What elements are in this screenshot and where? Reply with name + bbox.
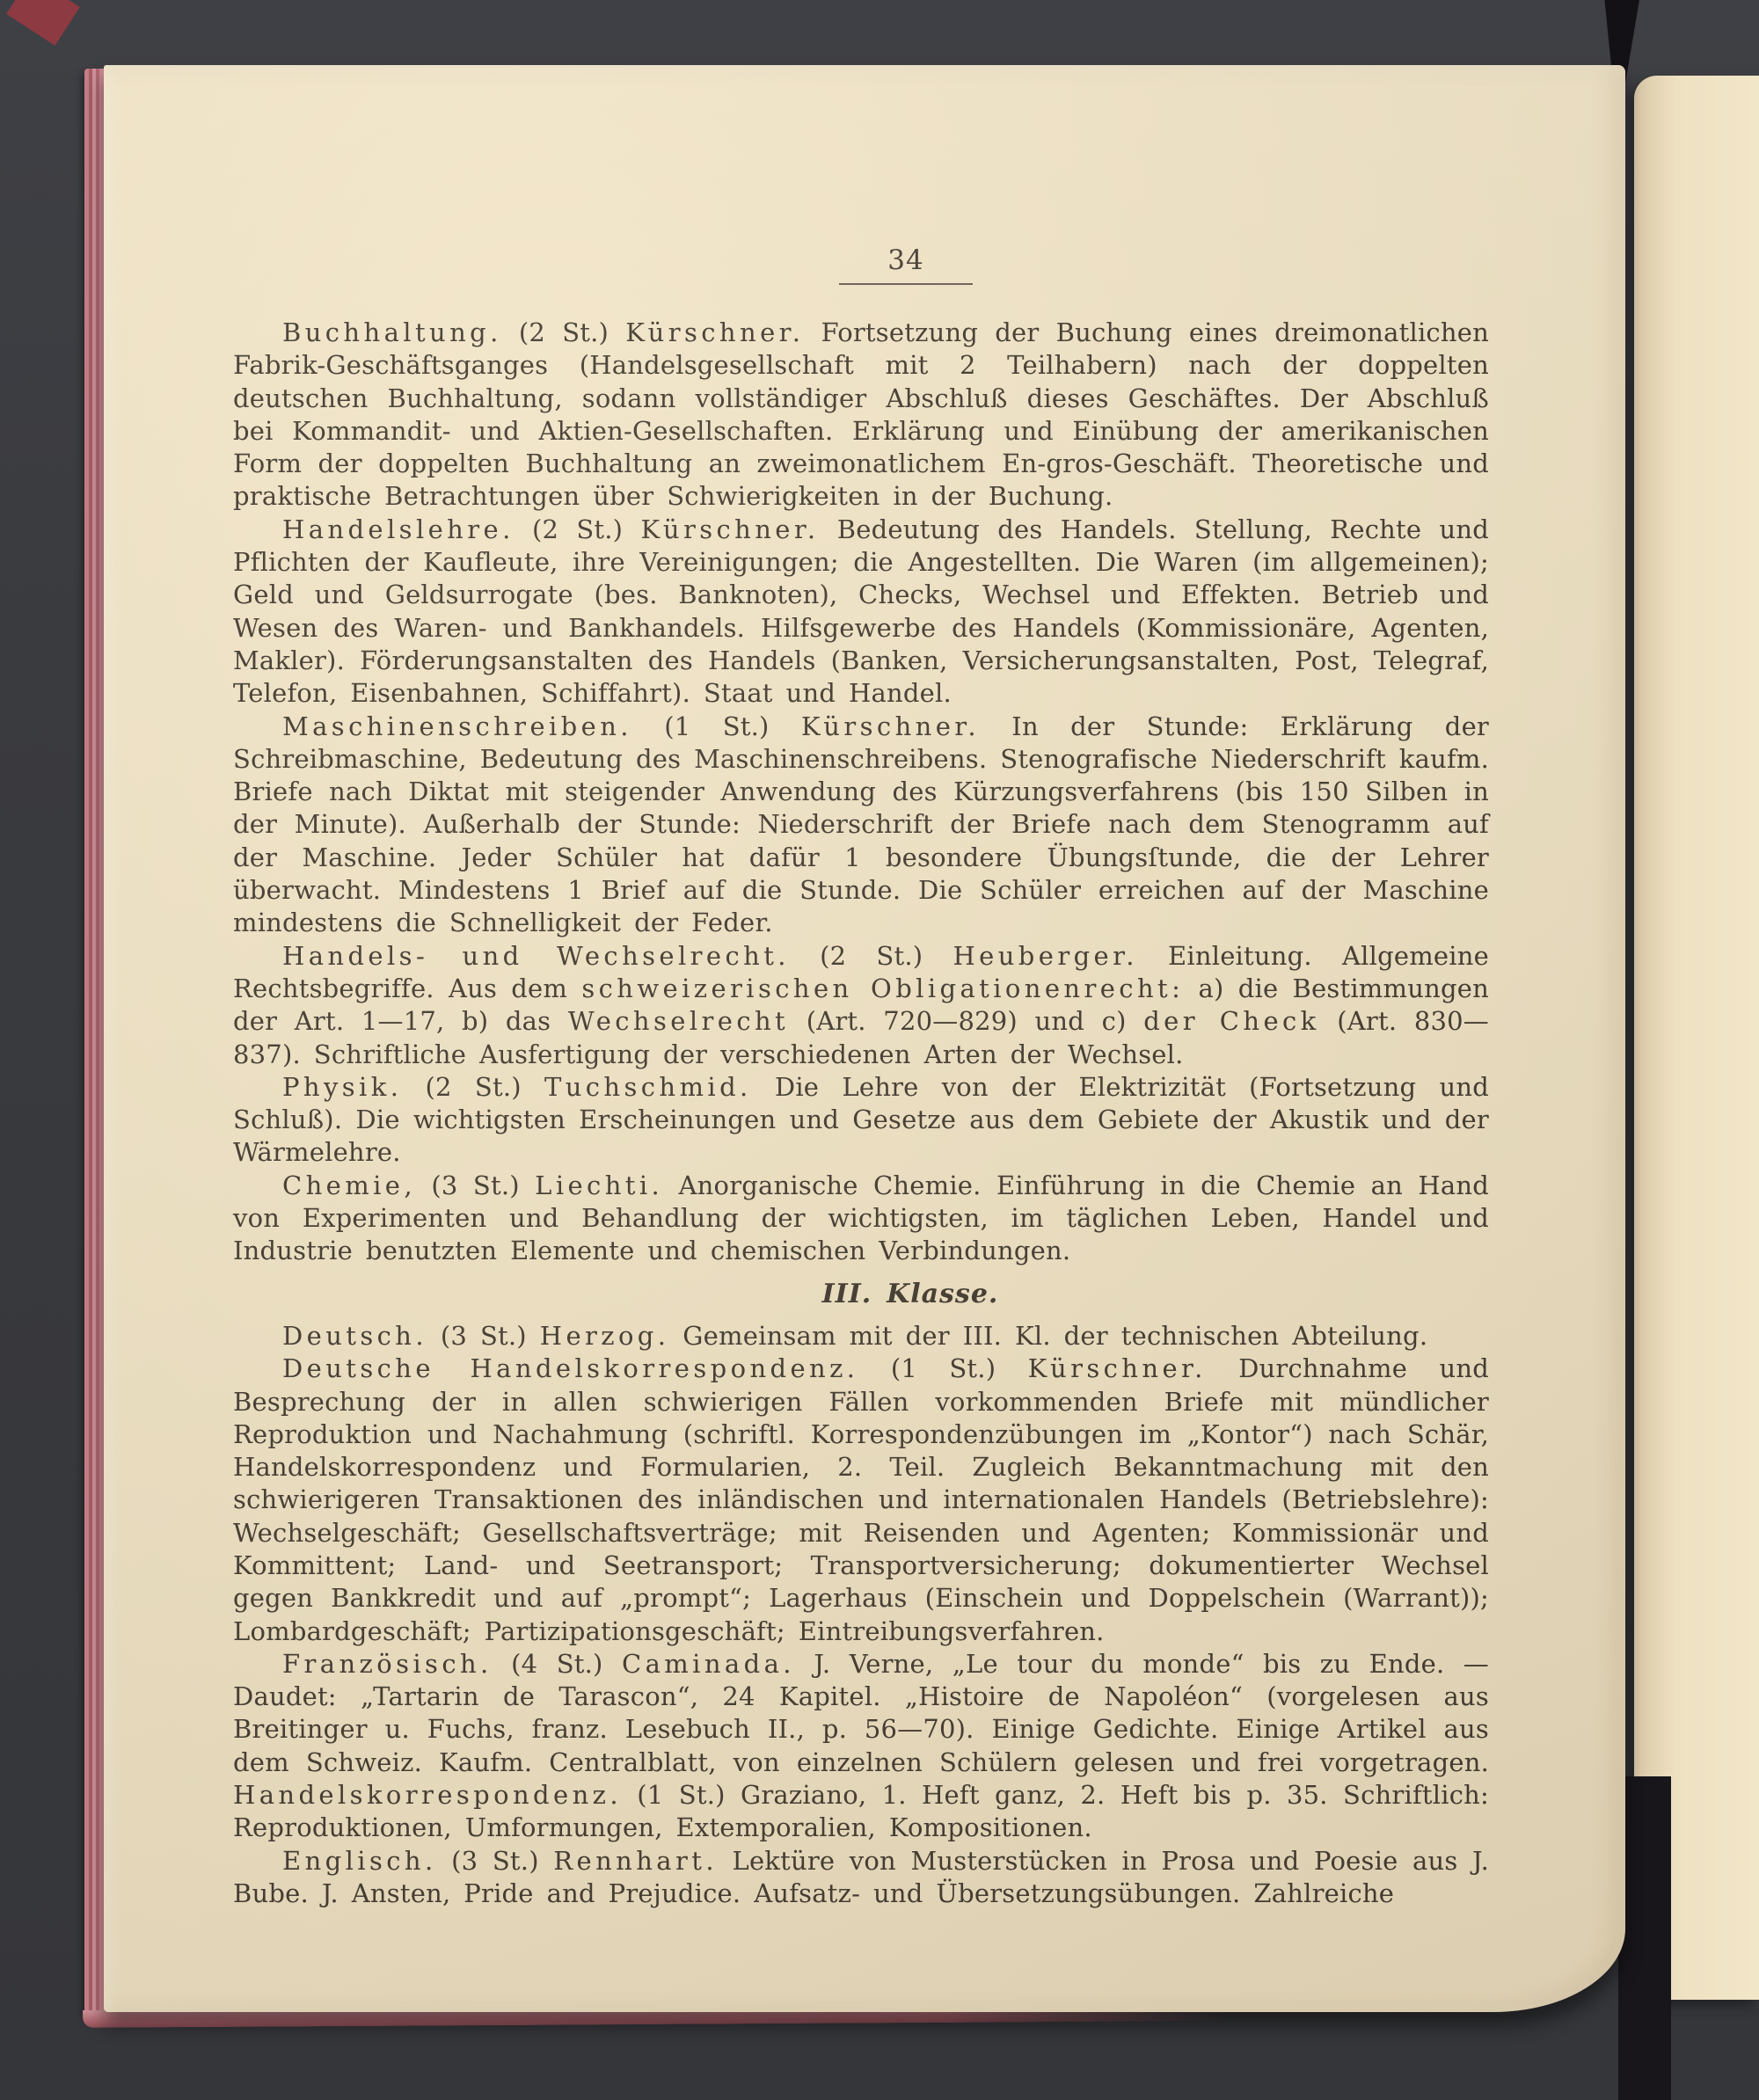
letterspaced-term: schweizerischen Obligationenrecht: <box>581 973 1184 1003</box>
text-column: Buchhaltung. (2 St.) Kürschner. Fortsetz… <box>233 317 1489 1910</box>
letterspaced-term: Wechselrecht <box>568 1006 789 1036</box>
paragraph: Englisch. (3 St.) Rennhart. Lektüre von … <box>233 1845 1489 1911</box>
letterspaced-term: Herzog. <box>540 1321 670 1351</box>
letterspaced-term: der Check <box>1143 1006 1319 1036</box>
letterspaced-term: Kürschner. <box>640 514 819 544</box>
letterspaced-term: Caminada. <box>622 1649 795 1679</box>
letterspaced-term: Buchhaltung. <box>282 317 502 347</box>
book-scan-scene: 34 Buchhaltung. (2 St.) Kürschner. Forts… <box>0 0 1759 2100</box>
section-heading: III. Klasse. <box>332 1278 1489 1310</box>
page-number: 34 <box>818 244 994 276</box>
letterspaced-term: Kürschner. <box>625 317 804 347</box>
page-block-edge-left <box>84 69 106 2016</box>
letterspaced-term: Kürschner. <box>801 711 980 741</box>
letterspaced-term: Liechti. <box>535 1170 663 1200</box>
facing-page-edge <box>1634 76 1759 2000</box>
letterspaced-term: Tuchschmid. <box>544 1072 752 1102</box>
letterspaced-term: Handelskorrespondenz. <box>233 1780 622 1810</box>
page-gutter-shadow <box>1618 1776 1671 2100</box>
book-page: 34 Buchhaltung. (2 St.) Kürschner. Forts… <box>104 65 1625 2012</box>
paragraph: Französisch. (4 St.) Caminada. J. Verne,… <box>233 1648 1489 1845</box>
letterspaced-term: Französisch. <box>282 1649 493 1679</box>
letterspaced-term: Kürschner. <box>1028 1353 1207 1383</box>
paragraph: Maschinenschreiben. (1 St.) Kürschner. I… <box>233 711 1489 940</box>
letterspaced-term: Handels- und Wechselrecht. <box>282 941 790 971</box>
letterspaced-term: Rennhart. <box>553 1846 718 1876</box>
letterspaced-term: Heuberger. <box>952 941 1137 971</box>
page-number-block: 34 <box>818 244 994 285</box>
paragraph: Physik. (2 St.) Tuchschmid. Die Lehre vo… <box>233 1071 1489 1170</box>
letterspaced-term: Maschinenschreiben. <box>282 711 632 741</box>
paragraph: Handels- und Wechselrecht. (2 St.) Heube… <box>233 940 1489 1071</box>
paragraph: Deutsche Handelskorrespondenz. (1 St.) K… <box>233 1353 1489 1648</box>
page-number-rule <box>839 283 973 285</box>
letterspaced-term: Handelslehre. <box>282 514 515 544</box>
letterspaced-term: Chemie, <box>282 1170 416 1200</box>
paragraph: Deutsch. (3 St.) Herzog. Gemeinsam mit d… <box>233 1320 1489 1353</box>
letterspaced-term: Deutsche Handelskorrespondenz. <box>282 1353 858 1383</box>
letterspaced-term: Physik. <box>282 1072 402 1102</box>
letterspaced-term: Deutsch. <box>282 1321 427 1351</box>
letterspaced-term: Englisch. <box>282 1846 437 1876</box>
paragraph: Buchhaltung. (2 St.) Kürschner. Fortsetz… <box>233 317 1489 514</box>
paragraph: Chemie, (3 St.) Liechti. Anorganische Ch… <box>233 1170 1489 1268</box>
book-cover-corner <box>6 0 80 46</box>
paragraph: Handelslehre. (2 St.) Kürschner. Bedeutu… <box>233 514 1489 711</box>
